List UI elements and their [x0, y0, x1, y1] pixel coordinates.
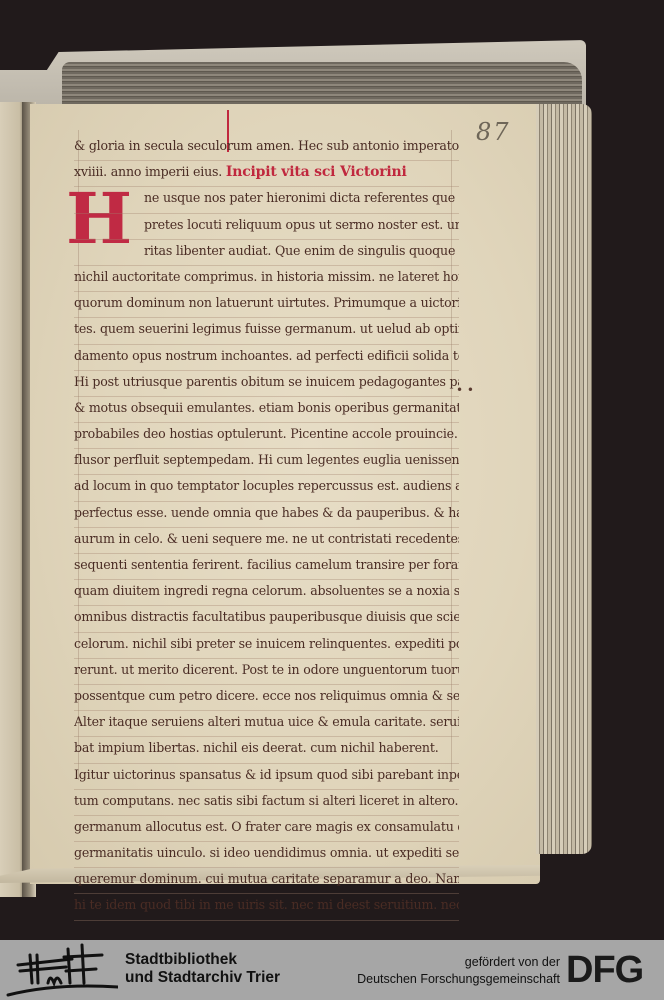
text-line: germanitatis uinculo. si ideo uendidimus…: [74, 842, 459, 868]
library-name-line2: und Stadtarchiv Trier: [125, 969, 280, 987]
manuscript-scan: 87 H • • & gloria in secula seculorum am…: [0, 0, 664, 940]
text-line: bat impium libertas. nichil eis deerat. …: [74, 737, 459, 763]
text-line: queremur dominum. cui mutua caritate sep…: [74, 868, 459, 894]
stadtbibliothek-trier-logo-icon: [6, 943, 118, 997]
text-line: sequenti sententia ferirent. facilius ca…: [74, 554, 459, 580]
text-line: Igitur uictorinus spansatus & id ipsum q…: [74, 764, 459, 790]
text-line: perfectus esse. uende omnia que habes & …: [74, 502, 459, 528]
text-line: ad locum in quo temptator locuples reper…: [74, 475, 459, 501]
page-stack-fore-edge: [536, 104, 592, 854]
funding-line2: Deutschen Forschungsgemeinschaft: [357, 971, 560, 988]
dfg-logo: DFG: [566, 950, 643, 990]
library-name-line1: Stadtbibliothek: [125, 951, 280, 969]
text-line: omnibus distractis facultatibus pauperib…: [74, 606, 459, 632]
text-line: germanum allocutus est. O frater care ma…: [74, 816, 459, 842]
text-line: damento opus nostrum inchoantes. ad perf…: [74, 345, 459, 371]
folio-number: 87: [476, 118, 511, 146]
footer-banner: Stadtbibliothek und Stadtarchiv Trier ge…: [0, 940, 664, 1000]
rubric-heading: Incipit vita sci Victorini: [226, 164, 407, 180]
text-line: xviiii. anno imperii eius. Incipit vita …: [74, 161, 459, 187]
library-name: Stadtbibliothek und Stadtarchiv Trier: [125, 951, 280, 987]
text-line: quorum dominum non latuerunt uirtutes. P…: [74, 292, 459, 318]
text-line: quam diuitem ingredi regna celorum. abso…: [74, 580, 459, 606]
text-line: & gloria in secula seculorum amen. Hec s…: [74, 135, 459, 161]
text-line: tum computans. nec satis sibi factum si …: [74, 790, 459, 816]
page-stack-top-edge: [62, 62, 582, 110]
text-line: Hi post utriusque parentis obitum se inu…: [74, 371, 459, 397]
text-line: Alter itaque seruiens alteri mutua uice …: [74, 711, 459, 737]
text-line: aurum in celo. & ueni sequere me. ne ut …: [74, 528, 459, 554]
text-line: & motus obsequii emulantes. etiam bonis …: [74, 397, 459, 423]
text-line: flusor perfluit septempedam. Hi cum lege…: [74, 449, 459, 475]
text-line: probabiles deo hostias optulerunt. Picen…: [74, 423, 459, 449]
text-line: ne usque nos pater hieronimi dicta refer…: [74, 187, 459, 213]
manuscript-text-block: & gloria in secula seculorum amen. Hec s…: [74, 135, 459, 921]
funding-statement: gefördert von der Deutschen Forschungsge…: [357, 954, 560, 988]
funding-line1: gefördert von der: [357, 954, 560, 971]
text-line: celorum. nichil sibi preter se inuicem r…: [74, 633, 459, 659]
text-line-start: xviiii. anno imperii eius.: [74, 164, 222, 179]
text-line: ritas libenter audiat. Que enim de singu…: [74, 240, 459, 266]
text-line: hi te idem quod tibi in me uiris sit. ne…: [74, 894, 459, 920]
text-line: pretes locuti reliquum opus ut sermo nos…: [74, 214, 459, 240]
text-line: rerunt. ut merito dicerent. Post te in o…: [74, 659, 459, 685]
text-line: possentque cum petro dicere. ecce nos re…: [74, 685, 459, 711]
text-line: nichil auctoritate comprimus. in histori…: [74, 266, 459, 292]
text-line: tes. quem seuerini legimus fuisse german…: [74, 318, 459, 344]
